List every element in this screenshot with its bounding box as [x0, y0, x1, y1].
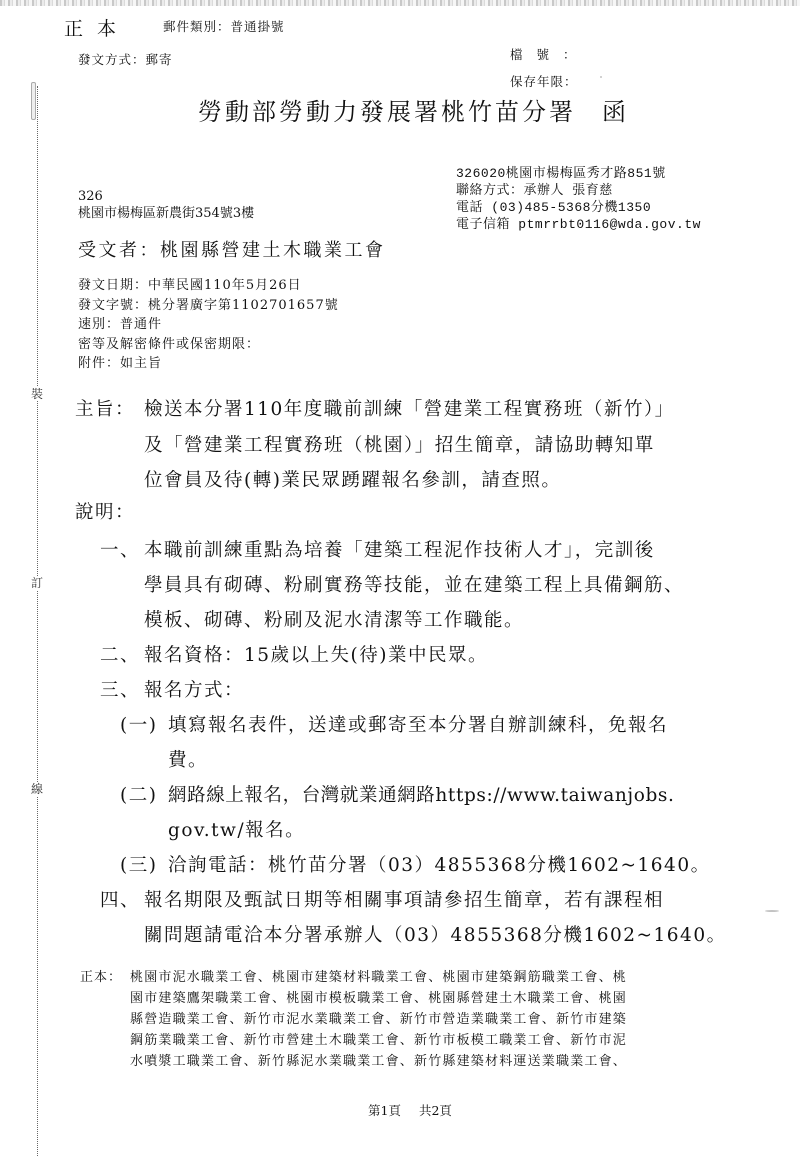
item-number: 四、 [100, 886, 140, 912]
attachment: 附件：如主旨 [78, 354, 339, 374]
subject-line: 及「營建業工程實務班（桃園）」招生簡章，請協助轉知單 [144, 431, 655, 457]
item-line: 報名期限及甄試日期等相關事項請參招生簡章，若有課程相 [144, 886, 664, 912]
item-line: 學員具有砌磚、粉刷實務等技能，並在建築工程上具備鋼筋、 [144, 571, 684, 597]
scan-speck [600, 76, 602, 78]
agency-name: 勞動部勞動力發展署桃竹苗分署 [198, 98, 576, 126]
subject-line: 位會員及待(轉)業民眾踴躍報名參訓，請查照。 [144, 466, 561, 492]
document-kind: 函 [602, 98, 629, 126]
sender-contact: 聯絡方式：承辦人 張育慈 [456, 182, 701, 199]
subject-line: 檢送本分署110年度職前訓練「營建業工程實務班（新竹）」 [144, 395, 675, 421]
item-line: 模板、砌磚、粉刷及泥水清潔等工作職能。 [144, 606, 524, 632]
subitem-line: 洽詢電話：桃竹苗分署（03）4855368分機1602~1640。 [168, 851, 711, 877]
item-number: 一、 [100, 536, 140, 562]
sender-phone: 電話 (03)485-5368分機1350 [456, 199, 701, 216]
recipient: 受文者：桃園縣營建土木職業工會 [78, 236, 386, 262]
subject-label: 主旨： [75, 395, 135, 421]
item-number: 三、 [100, 676, 140, 702]
document-number: 發文字號：桃分署廣字第1102701657號 [78, 296, 339, 316]
item-line: 關問題請電洽本分署承辦人（03）4855368分機1602~1640。 [144, 921, 727, 947]
binding-mark-bind: 裝 [31, 387, 43, 401]
binding-mark-staple: 訂 [31, 576, 43, 590]
document-title: 勞動部勞動力發展署桃竹苗分署函 [198, 92, 629, 127]
binding-bar [31, 82, 36, 120]
item-line: 報名資格：15歲以上失(待)業中民眾。 [144, 641, 488, 667]
subitem-line: 費。 [168, 746, 208, 772]
page-footer: 第1頁共2頁 [368, 1101, 452, 1119]
cc-line: 桃園市泥水職業工會、桃園市建築材料職業工會、桃園市建築鋼筋職業工會、桃 [130, 966, 627, 985]
issue-date: 發文日期：中華民國110年5月26日 [78, 276, 339, 296]
subitem-line: gov.tw/報名。 [168, 816, 305, 842]
scan-speck [765, 910, 779, 912]
cc-line: 縣營造職業工會、新竹市泥水業職業工會、新竹市營造業職業工會、新竹市建築 [130, 1008, 627, 1027]
recipient-street: 桃園市楊梅區新農街354號3樓 [78, 205, 254, 222]
binding-line [37, 86, 38, 1156]
page-number: 第1頁 [368, 1103, 401, 1118]
mail-type: 郵件類別：普通掛號 [163, 17, 285, 35]
send-method: 發文方式：郵寄 [78, 50, 173, 68]
explanation-label: 說明： [75, 498, 135, 524]
subitem-line: 網路線上報名，台灣就業通網路https://www.taiwanjobs. [168, 781, 674, 807]
cc-line: 水噴漿工職業工會、新竹縣泥水業職業工會、新竹縣建築材料運送業職業工會、 [130, 1050, 627, 1069]
subitem-number: (一) [120, 711, 157, 737]
scan-edge [0, 0, 800, 6]
item-line: 本職前訓練重點為培養「建築工程泥作技術人才」，完訓後 [144, 536, 655, 562]
secrecy-level: 密等及解密條件或保密期限： [78, 335, 339, 355]
subitem-number: (二) [120, 781, 157, 807]
binding-mark-line: 線 [31, 782, 43, 796]
item-line: 報名方式： [144, 676, 244, 702]
cc-line: 園市建築鷹架職業工會、桃園市模板職業工會、桃園縣營建土木職業工會、桃園 [130, 987, 627, 1006]
retention-period: 保存年限： [510, 72, 578, 90]
sender-contact-block: 326020桃園市楊梅區秀才路851號 聯絡方式：承辦人 張育慈 電話 (03)… [456, 165, 701, 233]
item-number: 二、 [100, 641, 140, 667]
sender-address: 326020桃園市楊梅區秀才路851號 [456, 165, 701, 182]
cc-line: 鋼筋業職業工會、新竹市營建土木職業工會、新竹市板模工職業工會、新竹市泥 [130, 1029, 627, 1048]
sender-email: 電子信箱 ptmrrbt0116@wda.gov.tw [456, 216, 701, 233]
subitem-line: 填寫報名表件，送達或郵寄至本分署自辦訓練科，免報名 [168, 711, 668, 737]
cc-label: 正本： [80, 966, 122, 985]
recipient-address: 326 桃園市楊梅區新農街354號3樓 [78, 188, 254, 222]
speed-class: 速別：普通件 [78, 315, 339, 335]
recipient-postal-code: 326 [78, 188, 254, 205]
file-number-label: 檔號： [510, 47, 590, 62]
file-number: 檔號： [510, 45, 590, 63]
subitem-number: (三) [120, 851, 157, 877]
page-total: 共2頁 [419, 1103, 452, 1118]
document-meta: 發文日期：中華民國110年5月26日 發文字號：桃分署廣字第1102701657… [78, 276, 339, 374]
original-copy-seal: 正本 [64, 14, 130, 41]
